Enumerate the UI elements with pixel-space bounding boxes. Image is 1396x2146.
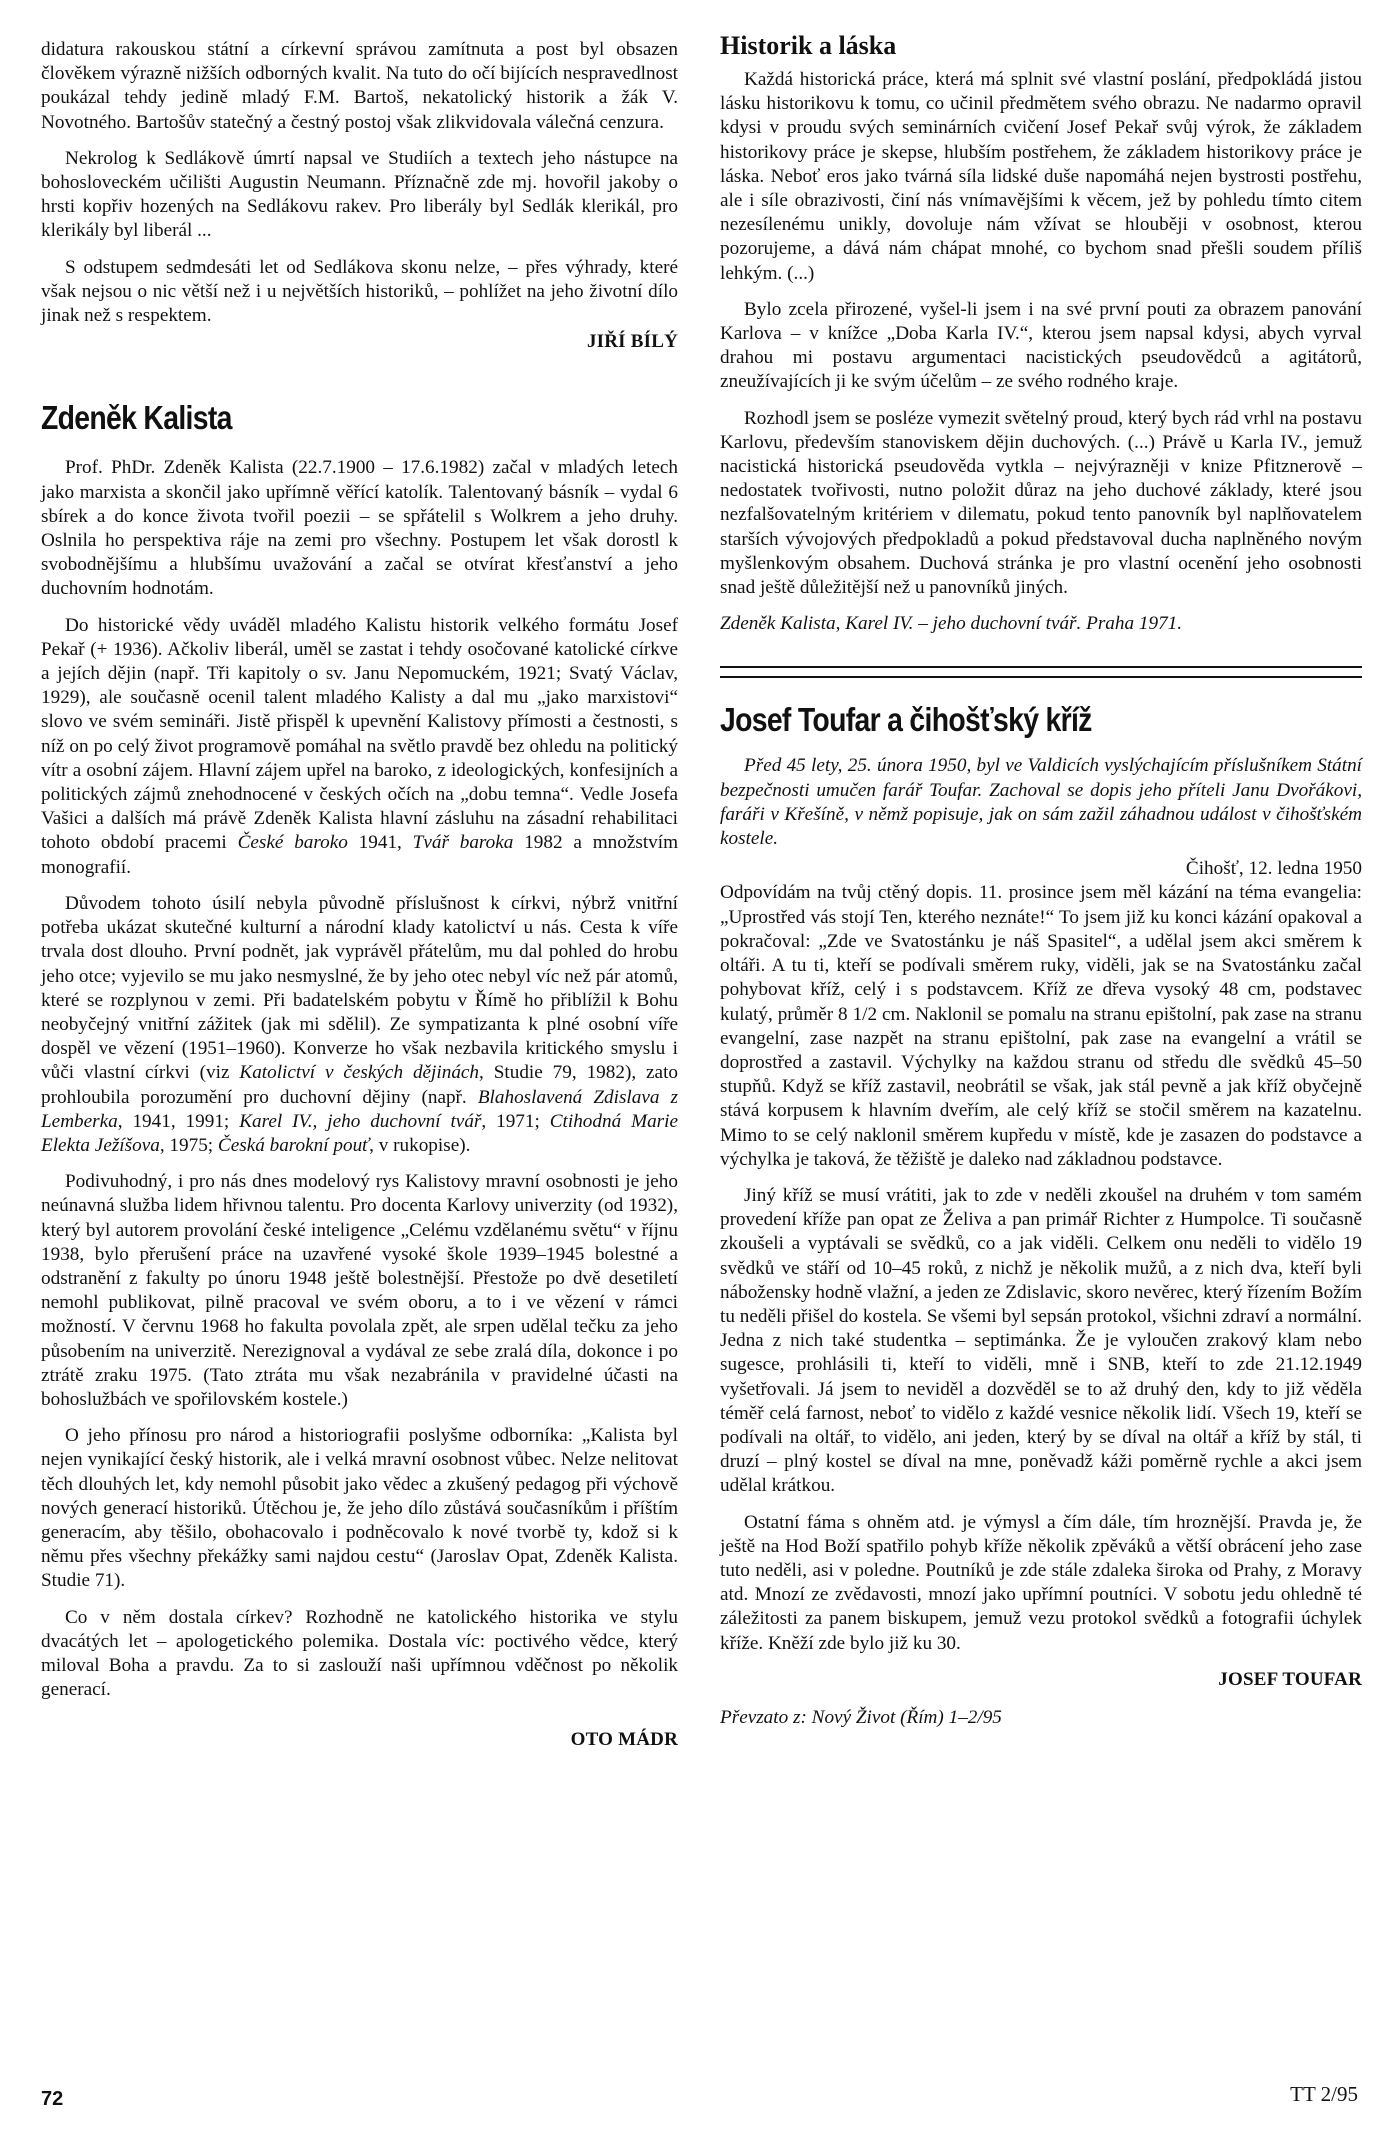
spacer [41, 354, 678, 398]
spacer [41, 1714, 678, 1728]
letter-dateline: Čihošť, 12. ledna 1950 [720, 857, 1362, 881]
book-title: České baroko [238, 832, 348, 853]
article-title: Historik a láska [720, 30, 1362, 62]
issue-label: TT 2/95 [1290, 2082, 1358, 2107]
body-paragraph: Co v něm dostala církev? Rozhodně ne kat… [41, 1606, 678, 1703]
source-citation: Zdeněk Kalista, Karel IV. – jeho duchovn… [720, 612, 1362, 636]
spacer [720, 1692, 1362, 1706]
body-paragraph: Rozhodl jsem se posléze vymezit světelný… [720, 407, 1362, 601]
text-run: Do historické vědy uváděl mladého Kalist… [41, 615, 678, 854]
spacer [720, 740, 1362, 754]
text-run: , 1971; [481, 1111, 549, 1132]
body-paragraph: Důvodem tohoto úsilí nebyla původně přís… [41, 892, 678, 1158]
article-title: Josef Toufar a čihošťský kříž [720, 700, 1272, 740]
page-number: 72 [41, 2088, 63, 2111]
letter-paragraph: Jiný kříž se musí vrátiti, jak to zde v … [720, 1184, 1362, 1499]
author-signature: OTO MÁDR [41, 1728, 678, 1752]
body-paragraph: Podivuhodný, i pro nás dnes modelový rys… [41, 1170, 678, 1412]
book-title: Tvář baroka [413, 832, 514, 853]
spacer [41, 438, 678, 456]
top-margin [720, 0, 1362, 30]
author-signature: JIŘÍ BÍLÝ [41, 330, 678, 354]
left-column: didatura rakouskou státní a církevní spr… [41, 0, 678, 1753]
book-title: Česká barokní pouť [218, 1135, 369, 1156]
author-signature: JOSEF TOUFAR [720, 1668, 1362, 1692]
spacer [720, 678, 1362, 700]
top-margin [41, 0, 678, 38]
body-paragraph: Nekrolog k Sedlákově úmrtí napsal ve Stu… [41, 147, 678, 244]
article-title: Zdeněk Kalista [41, 398, 589, 438]
body-paragraph: Do historické vědy uváděl mladého Kalist… [41, 614, 678, 880]
letter-paragraph: Odpovídám na tvůj ctěný dopis. 11. prosi… [720, 881, 1362, 1171]
book-title: Katolictví v českých dějinách [239, 1062, 479, 1083]
text-run: 1941, [348, 832, 413, 853]
right-column: Historik a láska Každá historická práce,… [720, 0, 1362, 1730]
body-paragraph: S odstupem sedmdesáti let od Sedlákova s… [41, 256, 678, 329]
body-paragraph: Bylo zcela přirozené, vyšel-li jsem i na… [720, 298, 1362, 395]
text-run: , 1941, 1991; [118, 1111, 239, 1132]
spacer [720, 636, 1362, 666]
body-paragraph: O jeho přínosu pro národ a historiografi… [41, 1424, 678, 1593]
continued-paragraph: didatura rakouskou státní a církevní spr… [41, 38, 678, 135]
text-run: Důvodem tohoto úsilí nebyla původně přís… [41, 893, 678, 1083]
body-paragraph: Prof. PhDr. Zdeněk Kalista (22.7.1900 – … [41, 456, 678, 601]
book-title: Karel IV., jeho duchovní tvář [239, 1111, 481, 1132]
letter-paragraph: Ostatní fáma s ohněm atd. je výmysl a čí… [720, 1511, 1362, 1656]
section-divider [720, 666, 1362, 678]
article-lead: Před 45 lety, 25. února 1950, byl ve Val… [720, 754, 1362, 851]
source-citation: Převzato z: Nový Život (Řím) 1–2/95 [720, 1706, 1362, 1730]
text-run: , v rukopise). [369, 1135, 470, 1156]
body-paragraph: Každá historická práce, která má splnit … [720, 68, 1362, 286]
text-run: , 1975; [160, 1135, 218, 1156]
